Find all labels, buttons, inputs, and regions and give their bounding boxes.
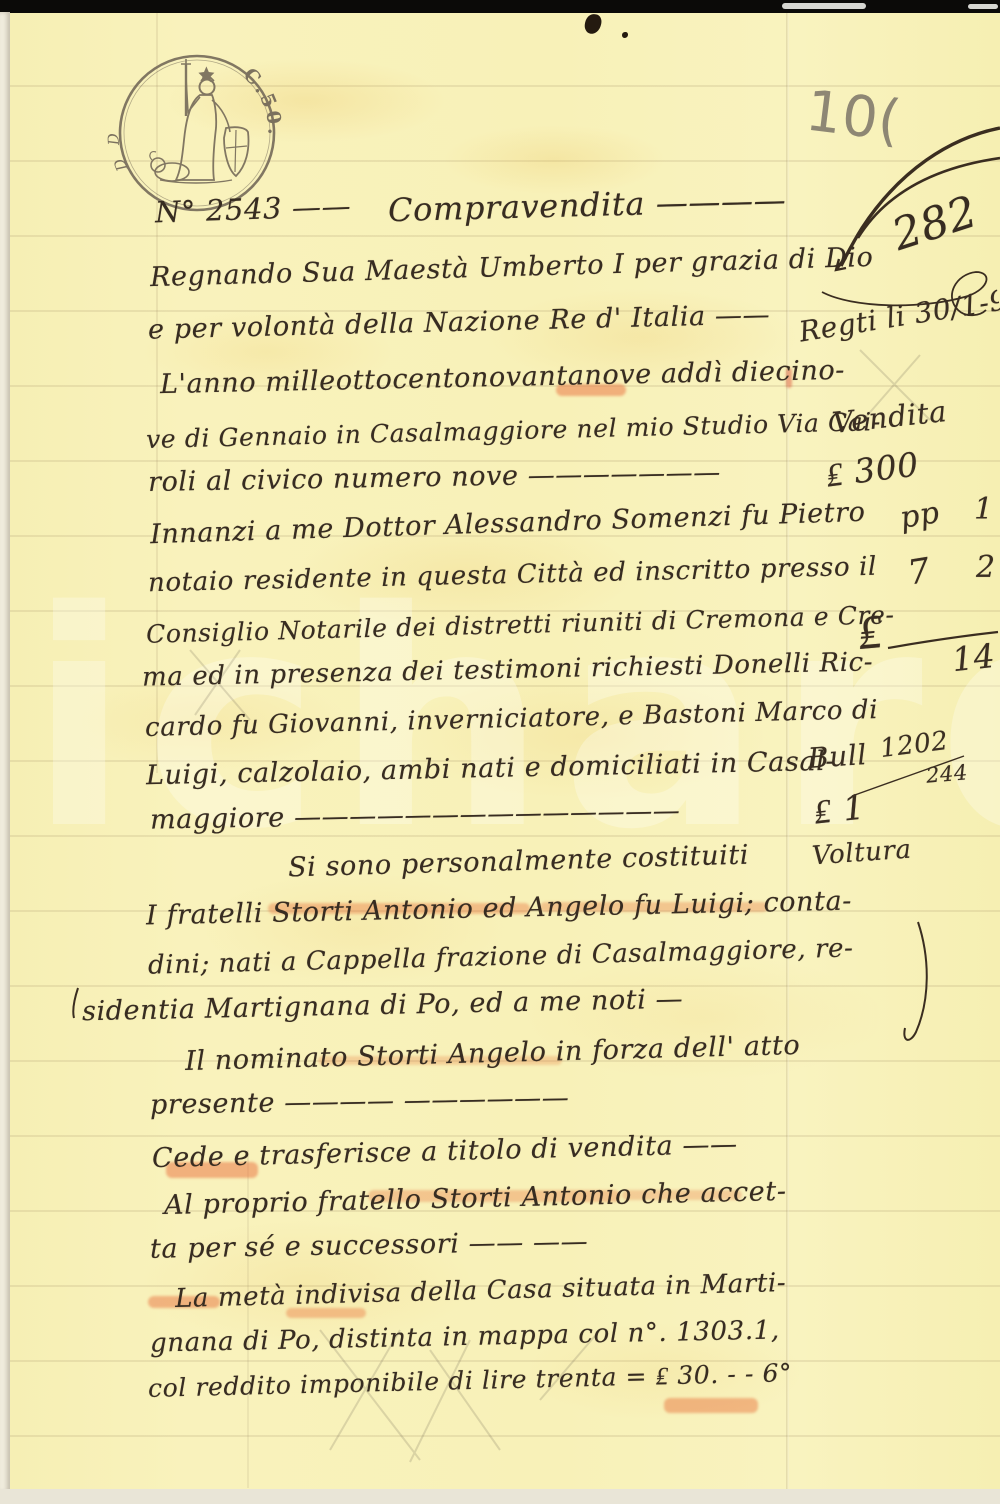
scan-background-left [0, 12, 10, 1492]
scanned-document-photo: { "stamp": { "denomination": "C.50.", "l… [0, 0, 1000, 1504]
document-number: N° 2543 —— [154, 189, 351, 230]
margin-bull-denominator: 244 [925, 760, 969, 788]
margin-pp-value: 1 [974, 492, 994, 527]
margin-lira-symbol: ₤ [856, 603, 885, 661]
margin-fee-value: 2 [976, 550, 996, 585]
photo-background-top [0, 0, 1000, 13]
paper-edge-glint [968, 4, 998, 9]
margin-pp-label: pp [898, 495, 943, 536]
paper-edge-glint [782, 3, 866, 9]
scan-background-bottom [0, 1489, 1000, 1504]
pencil-page-note: 10( [802, 78, 904, 154]
margin-total-value: 14 [950, 636, 997, 679]
margin-bull-amount: ₤ 1 [812, 787, 867, 832]
margin-bull-label: Bull [807, 738, 868, 775]
